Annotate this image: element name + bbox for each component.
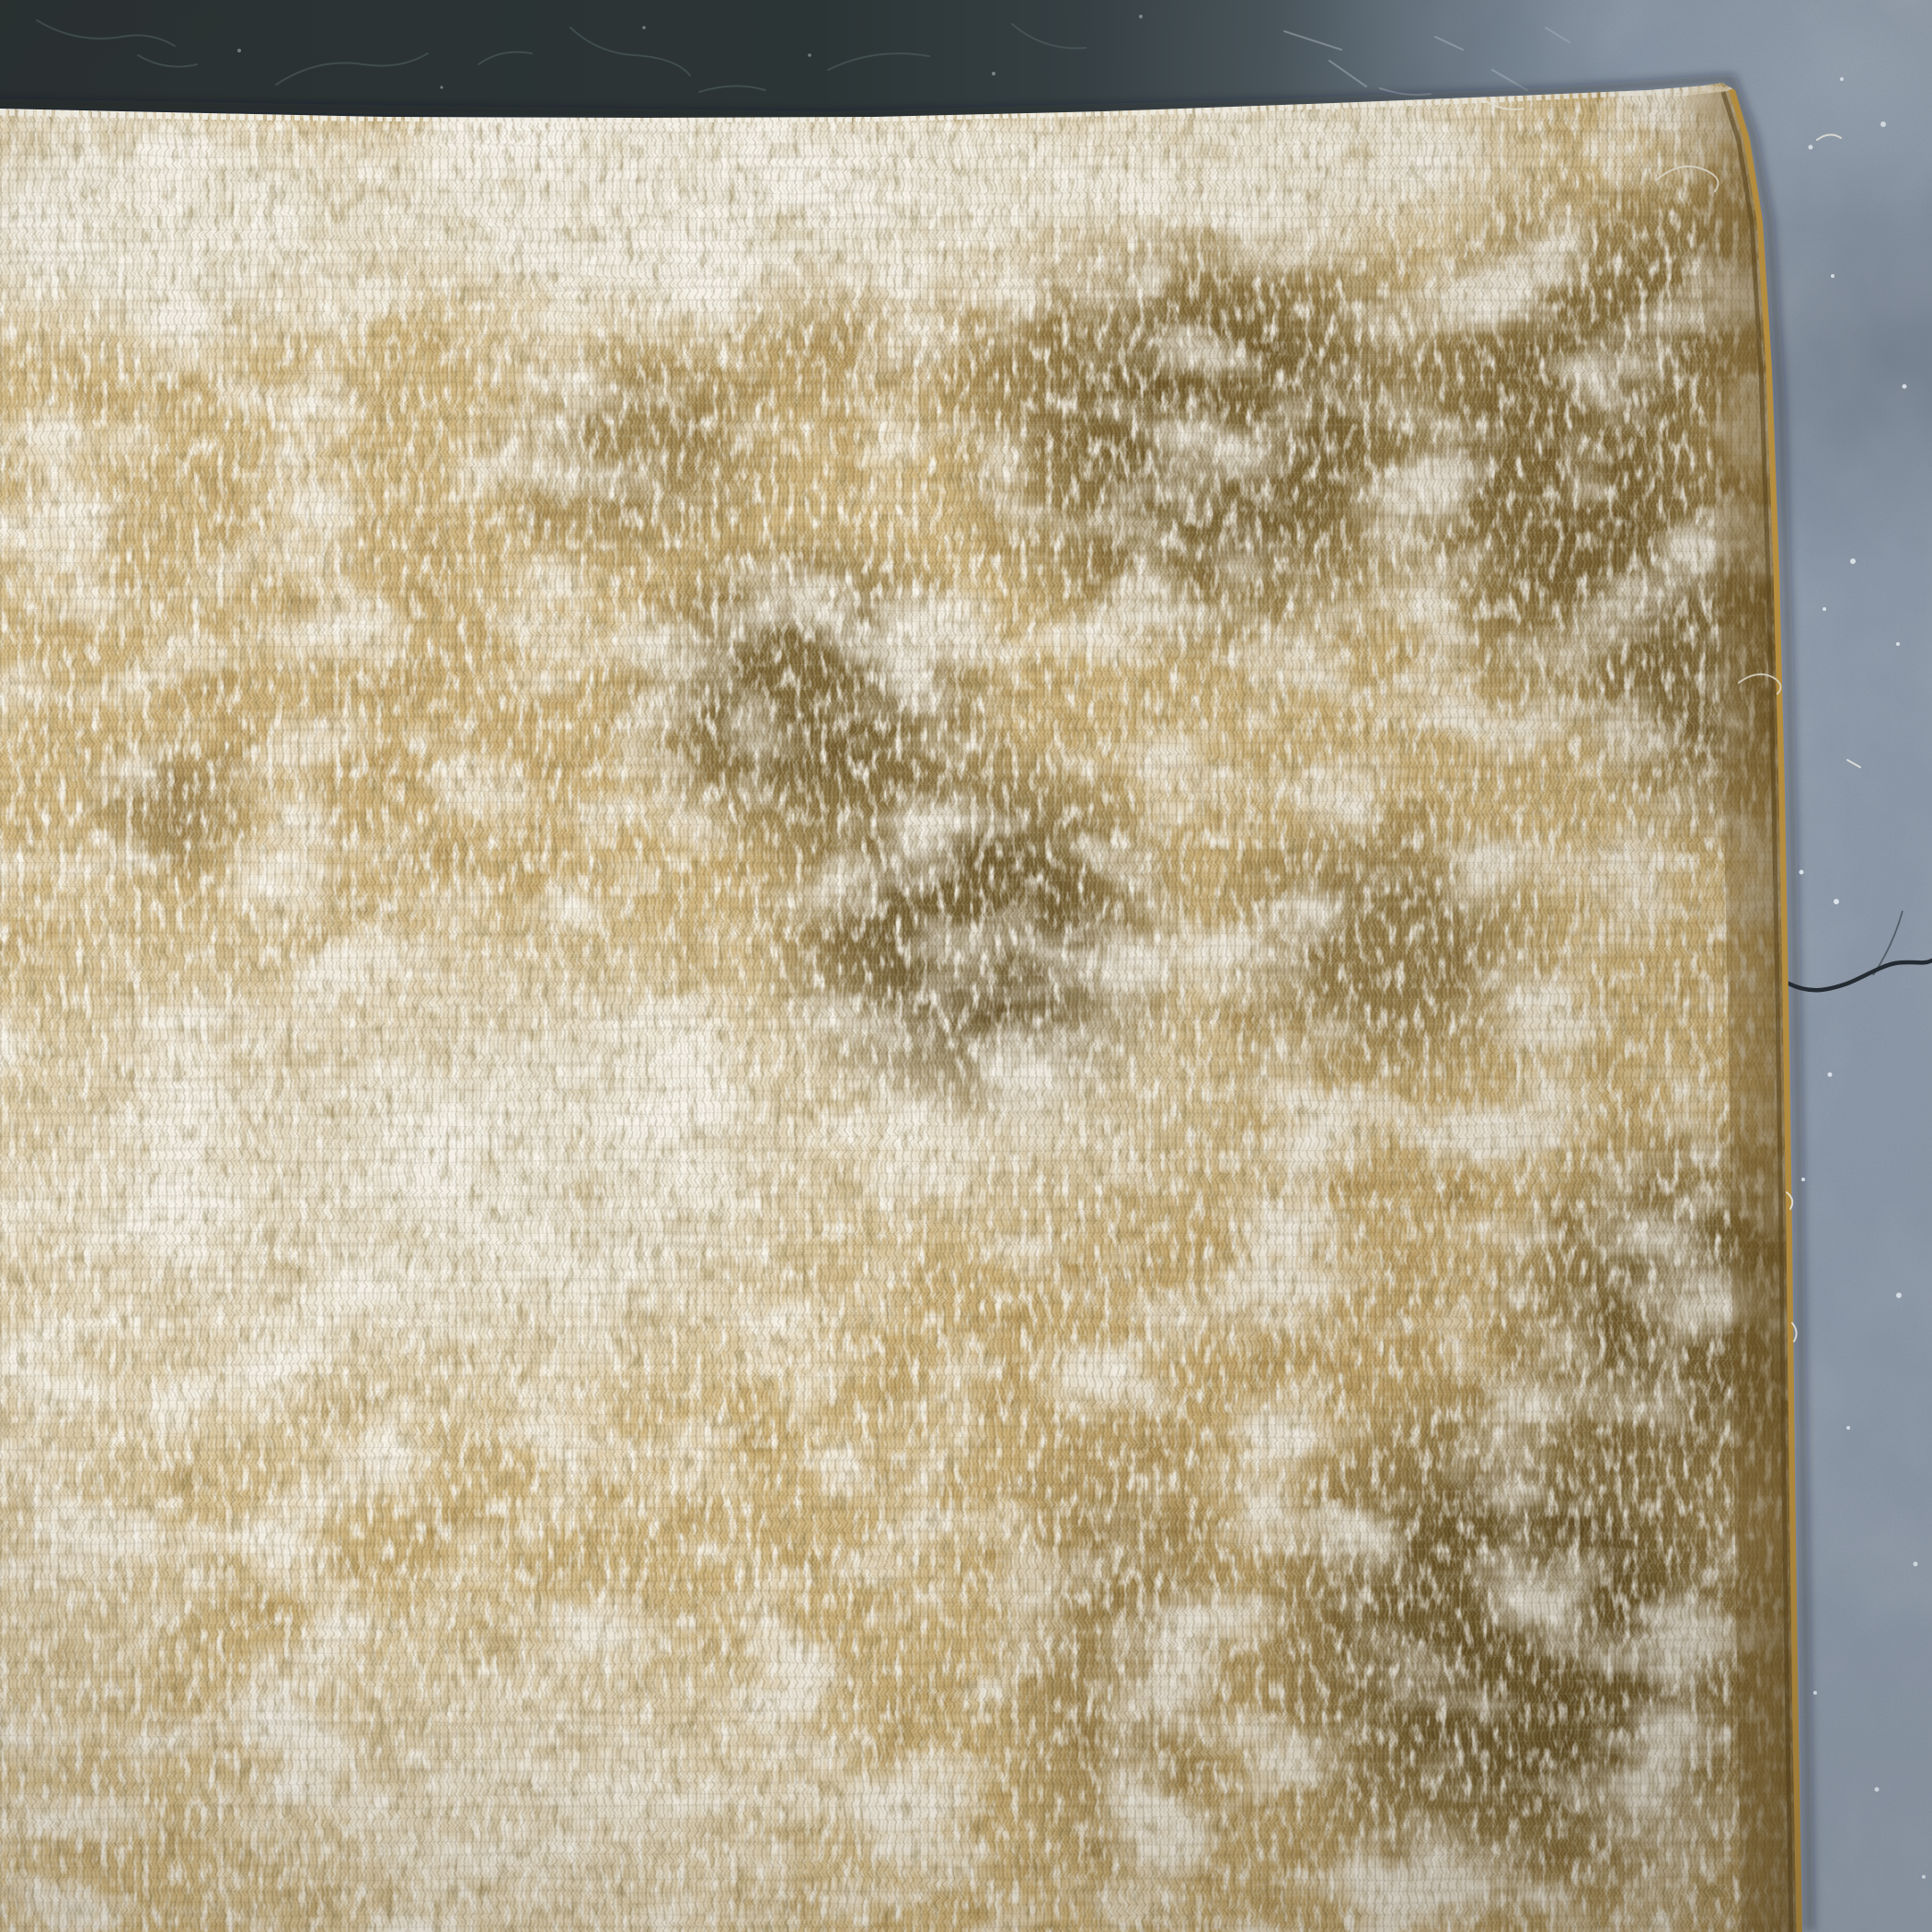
dust-fleck xyxy=(440,86,443,88)
marble-vein xyxy=(37,20,175,46)
floor-detail-layer xyxy=(0,0,1932,1932)
paint-speck xyxy=(1801,1178,1805,1181)
rug-corner-flap xyxy=(1687,83,1735,121)
rug-contact-shadow xyxy=(0,79,1810,1932)
rug-pattern-base xyxy=(0,0,1932,1932)
rug-vertical-ribs xyxy=(0,0,1932,1932)
rug-gold-mottle xyxy=(0,0,1932,1932)
paint-specks xyxy=(1800,77,1926,1879)
stray-fibre xyxy=(1739,674,1781,694)
floor-fibres-layer xyxy=(0,0,1932,1932)
stray-fibre xyxy=(1483,99,1524,109)
dust-fleck xyxy=(808,53,811,57)
paint-speck xyxy=(1846,1426,1850,1430)
floor-crack xyxy=(1788,911,1932,990)
concrete-scratch xyxy=(1546,28,1570,42)
concrete-scratch xyxy=(1380,88,1431,95)
paint-speck xyxy=(1880,121,1886,127)
paint-speck xyxy=(1875,1788,1880,1792)
stray-fibre xyxy=(1792,1323,1797,1341)
paint-speck xyxy=(1809,145,1813,150)
stray-fibre xyxy=(1656,167,1719,191)
dust-fleck xyxy=(642,26,646,29)
stray-fibre xyxy=(1713,71,1741,79)
paint-speck xyxy=(1800,870,1804,875)
marble-vein xyxy=(570,28,690,75)
rug-white-distress-patches xyxy=(0,0,1932,1932)
rug-dark-stitch-noise xyxy=(0,0,1932,1932)
photo-vignette xyxy=(0,0,1932,1932)
crack-main-line xyxy=(1788,960,1932,990)
paint-speck xyxy=(1903,385,1907,389)
paint-speck xyxy=(1850,558,1856,564)
paint-speck xyxy=(1828,1073,1833,1077)
rug-lighting-overlay xyxy=(0,0,1932,1932)
rug-texture-layer xyxy=(0,0,1932,1932)
rug-stitch-rows xyxy=(0,0,1932,1932)
dust-fleck xyxy=(992,72,995,75)
stray-fibres-on-floor xyxy=(1787,134,1860,1341)
marble-vein xyxy=(276,53,428,85)
marble-vein xyxy=(699,86,765,92)
dust-fleck xyxy=(237,49,241,52)
dark-marble-tile xyxy=(0,0,1638,161)
stray-fibre xyxy=(1817,134,1841,140)
marble-vein xyxy=(478,52,532,65)
paint-speck xyxy=(1914,1562,1918,1567)
marble-dust-flecks xyxy=(237,15,1143,89)
paint-speck xyxy=(1896,1293,1902,1298)
concrete-scratch xyxy=(1492,70,1527,90)
paint-speck xyxy=(1831,274,1834,278)
rug-edge-inner-shadow xyxy=(1723,92,1791,1932)
concrete-dark-mottle xyxy=(0,0,1932,1932)
stray-fibres-on-rug xyxy=(1483,71,1781,694)
crack-branch-line xyxy=(1873,911,1903,975)
marble-vein xyxy=(1012,24,1086,48)
rug-white-stitch-noise xyxy=(0,0,1932,1932)
rug-top-fringe xyxy=(0,86,1708,119)
paint-speck xyxy=(1896,642,1900,646)
dust-fleck xyxy=(1139,15,1143,18)
marble-vein xyxy=(828,53,929,70)
concrete-scratch xyxy=(1284,31,1341,50)
paint-speck xyxy=(1823,607,1826,611)
concrete-scratches xyxy=(1284,28,1570,95)
marble-vein xyxy=(138,55,197,66)
paint-speck xyxy=(1840,77,1844,81)
stray-fibre xyxy=(1787,1192,1792,1209)
rug-side-band xyxy=(1669,90,1802,1932)
rug xyxy=(0,0,1932,1932)
concrete-grain xyxy=(0,0,1932,1932)
photo-of-rug-corner-on-concrete xyxy=(0,0,1932,1932)
paint-speck xyxy=(1834,899,1839,904)
paint-speck xyxy=(1922,1875,1926,1879)
paint-speck xyxy=(1813,1691,1817,1695)
stray-fibre xyxy=(1847,760,1860,767)
rug-bound-edge xyxy=(1735,88,1803,1932)
marble-veins xyxy=(37,20,1086,92)
concrete-scratch xyxy=(1329,61,1366,86)
concrete-light-mottle xyxy=(0,0,1932,1932)
concrete-scratch xyxy=(1435,37,1463,50)
rug-top-fringe-highlight xyxy=(0,84,1708,116)
concrete-floor xyxy=(0,0,1932,1932)
